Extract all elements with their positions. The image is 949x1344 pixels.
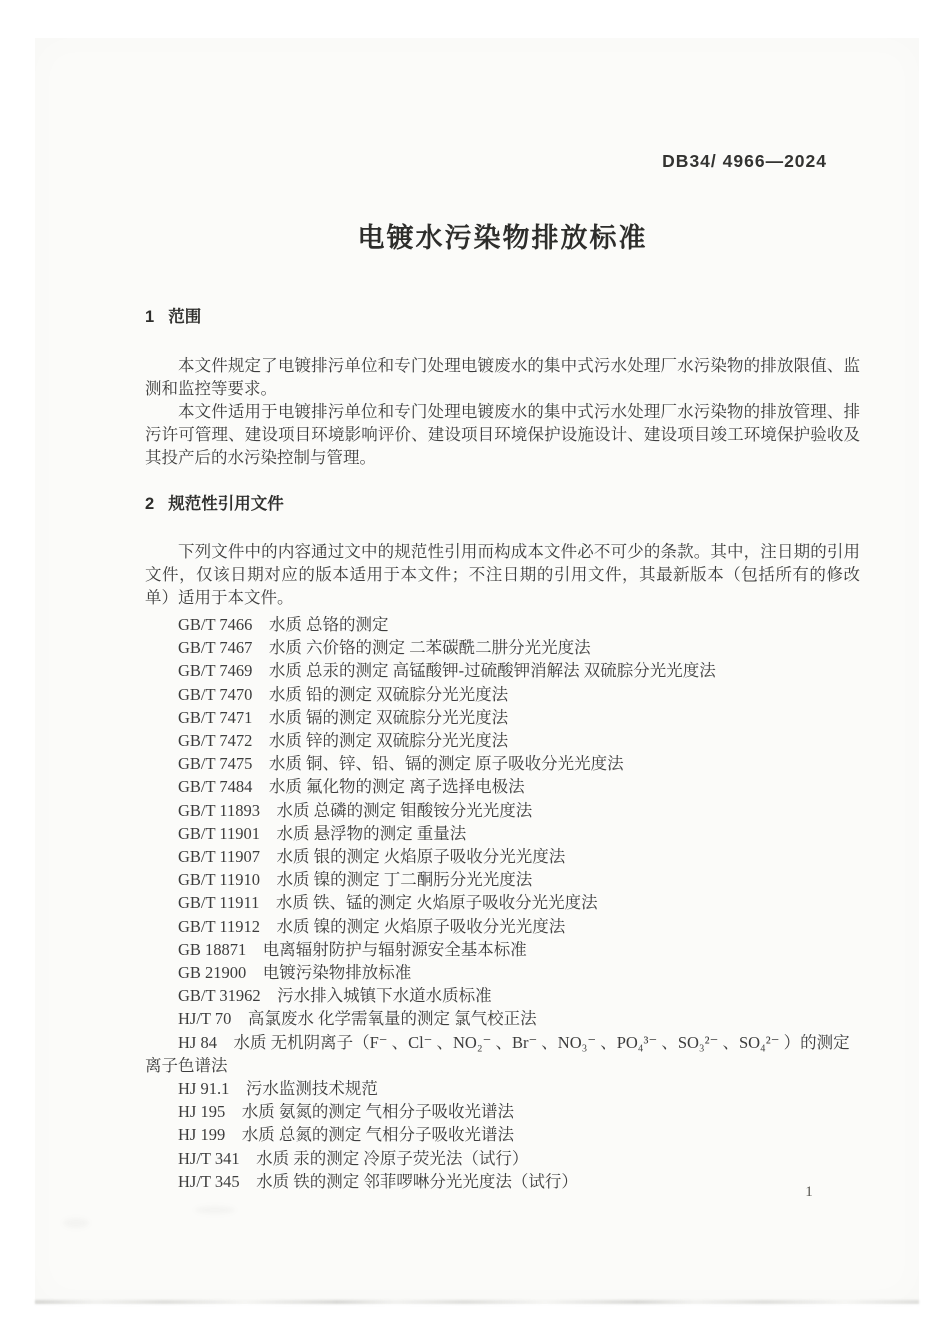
reference-item: HJ 84 水质 无机阴离子（F⁻ 、Cl⁻ 、NO₂⁻ 、Br⁻ 、NO₃⁻ … — [145, 1031, 860, 1077]
section-number: 1 — [145, 306, 154, 328]
reference-item: GB 21900 电镀污染物排放标准 — [145, 961, 860, 984]
reference-item: HJ 195 水质 氨氮的测定 气相分子吸收光谱法 — [145, 1100, 860, 1123]
document-title: 电镀水污染物排放标准 — [145, 223, 860, 253]
reference-item: GB 18871 电离辐射防护与辐射源安全基本标准 — [145, 938, 860, 961]
reference-item: GB/T 11910 水质 镍的测定 丁二酮肟分光光度法 — [145, 868, 860, 891]
page-number: 1 — [793, 1184, 825, 1201]
page-content: DB34/ 4966—2024 电镀水污染物排放标准 1范围 本文件规定了电镀排… — [145, 38, 860, 1193]
standard-code: DB34/ 4966—2024 — [662, 151, 827, 171]
section-heading-references: 2规范性引用文件 — [145, 493, 860, 515]
reference-item: HJ 199 水质 总氮的测定 气相分子吸收光谱法 — [145, 1123, 860, 1146]
page-header: DB34/ 4966—2024 — [145, 150, 860, 173]
reference-item: GB/T 7466 水质 总铬的测定 — [145, 613, 860, 636]
page-bottom-scan-edge — [35, 1300, 919, 1304]
reference-item: GB/T 7467 水质 六价铬的测定 二苯碳酰二肼分光光度法 — [145, 636, 860, 659]
scan-smudge — [63, 1218, 89, 1228]
reference-item: GB/T 7472 水质 锌的测定 双硫腙分光光度法 — [145, 729, 860, 752]
reference-item: GB/T 11912 水质 镍的测定 火焰原子吸收分光光度法 — [145, 915, 860, 938]
scope-paragraph: 本文件规定了电镀排污单位和专门处理电镀废水的集中式污水处理厂水污染物的排放限值、… — [145, 354, 860, 400]
scope-paragraph: 本文件适用于电镀排污单位和专门处理电镀废水的集中式污水处理厂水污染物的排放管理、… — [145, 400, 860, 469]
reference-item: GB/T 7475 水质 铜、锌、铅、镉的测定 原子吸收分光光度法 — [145, 752, 860, 775]
reference-item: GB/T 7469 水质 总汞的测定 高锰酸钾-过硫酸钾消解法 双硫腙分光光度法 — [145, 659, 860, 682]
scan-smudge — [195, 1206, 235, 1214]
reference-item: HJ 91.1 污水监测技术规范 — [145, 1077, 860, 1100]
section-title: 规范性引用文件 — [168, 495, 284, 513]
reference-item: GB/T 7470 水质 铅的测定 双硫腙分光光度法 — [145, 683, 860, 706]
reference-item: GB/T 11911 水质 铁、锰的测定 火焰原子吸收分光光度法 — [145, 891, 860, 914]
reference-list: GB/T 7466 水质 总铬的测定 GB/T 7467 水质 六价铬的测定 二… — [145, 613, 860, 1193]
section-title: 范围 — [168, 308, 201, 326]
reference-item: HJ/T 345 水质 铁的测定 邻菲啰啉分光光度法（试行） — [145, 1170, 860, 1193]
section-heading-scope: 1范围 — [145, 306, 860, 328]
reference-item: HJ/T 70 高氯废水 化学需氧量的测定 氯气校正法 — [145, 1007, 860, 1030]
section-number: 2 — [145, 493, 154, 515]
document-page: DB34/ 4966—2024 电镀水污染物排放标准 1范围 本文件规定了电镀排… — [35, 38, 919, 1304]
reference-item: GB/T 11907 水质 银的测定 火焰原子吸收分光光度法 — [145, 845, 860, 868]
reference-item: GB/T 7484 水质 氟化物的测定 离子选择电极法 — [145, 775, 860, 798]
reference-item: GB/T 11893 水质 总磷的测定 钼酸铵分光光度法 — [145, 799, 860, 822]
reference-item: GB/T 31962 污水排入城镇下水道水质标准 — [145, 984, 860, 1007]
reference-item: HJ/T 341 水质 汞的测定 冷原子荧光法（试行） — [145, 1147, 860, 1170]
references-intro: 下列文件中的内容通过文中的规范性引用而构成本文件必不可少的条款。其中，注日期的引… — [145, 540, 860, 609]
reference-item: GB/T 7471 水质 镉的测定 双硫腙分光光度法 — [145, 706, 860, 729]
reference-item: GB/T 11901 水质 悬浮物的测定 重量法 — [145, 822, 860, 845]
